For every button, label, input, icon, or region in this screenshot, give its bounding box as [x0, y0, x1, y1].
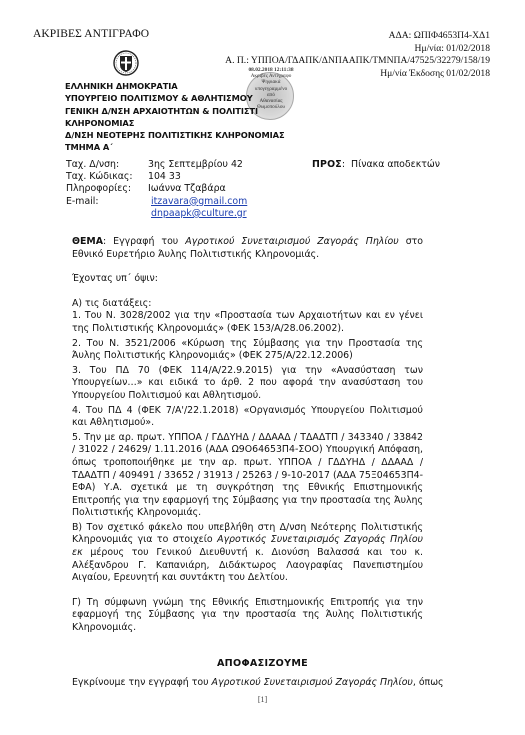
decision-text-end: , όπως [413, 677, 444, 688]
recipient: ΠΡΟΣ: Πίνακα αποδεκτών [312, 159, 440, 170]
provision-item: 5. Την με αρ. πρωτ. ΥΠΠΟΑ / ΓΔΔΥΗΔ / ΔΔΑ… [72, 432, 423, 520]
provision-item: 1. Του Ν. 3028/2002 για την «Προστασία τ… [72, 310, 423, 335]
postal-code-label: Ταχ. Κώδικας: [66, 171, 148, 183]
recipient-value: Πίνακα αποδεκτών [351, 159, 440, 170]
org-line: ΚΛΗΡΟΝΟΜΙΑΣ [65, 117, 285, 129]
email-link-itzavara[interactable]: itzavara@gmail.com [148, 196, 247, 208]
ada-number: ΑΔΑ: ΩΠΙΦ4653Π4-ΧΔ1 [225, 30, 490, 43]
org-line: ΕΛΛΗΝΙΚΗ ΔΗΜΟΚΡΑΤΙΑ [65, 80, 285, 92]
org-line: ΥΠΟΥΡΓΕΙΟ ΠΟΛΙΤΙΣΜΟΥ & ΑΘΛΗΤΙΣΜΟΥ [65, 92, 285, 104]
section-c: Γ) Τη σύμφωνη γνώμη της Εθνικής Επιστημο… [72, 597, 423, 635]
subject: ΘΕΜΑ: Εγγραφή του Αγροτικού Συνεταιρισμο… [72, 236, 423, 261]
protocol-number: Α. Π.: ΥΠΠΟΑ/ΓΔΑΠΚ/ΔΝΠΑΑΠΚ/ΤΜΝΠΑ/47525/3… [225, 55, 490, 68]
org-line: ΓΕΝΙΚΗ Δ/ΝΣΗ ΑΡΧΑΙΟΤΗΤΩΝ & ΠΟΛΙΤΙΣΤΙ [65, 105, 285, 117]
address-label: Ταχ. Δ/νση: [66, 159, 148, 171]
contact-details: Ταχ. Δ/νση: 3ης Σεπτεμβρίου 42 Ταχ. Κώδι… [66, 159, 247, 220]
decision-text-start: Εγκρίνουμε την εγγραφή του [72, 677, 209, 688]
section-a-heading: Α) τις διατάξεις: [72, 298, 423, 311]
section-b-text-end: μέρους του Γενικού Διευθυντή κ. Διονύση … [72, 547, 423, 583]
recipient-label: ΠΡΟΣ [312, 159, 342, 170]
provision-item: 2. Του Ν. 3521/2006 «Κύρωση της Σύμβασης… [72, 338, 423, 363]
section-b: Β) Τον σχετικό φάκελο που υπεβλήθη στη Δ… [72, 522, 423, 585]
org-line: Δ/ΝΣΗ ΝΕΟΤΕΡΗΣ ΠΟΛΙΤΙΣΤΙΚΗΣ ΚΛΗΡΟΝΟΜΙΑΣ [65, 129, 285, 141]
provision-item: 4. Του ΠΔ 4 (ΦΕΚ 7/Α'/22.1.2018) «Οργανι… [72, 405, 423, 430]
having-in-view: Έχοντας υπ΄ όψιν: [72, 273, 423, 286]
postal-code-value: 104 33 [148, 171, 181, 183]
greek-emblem-icon [113, 50, 139, 76]
decision-entity: Αγροτικού Συνεταιρισμού Ζαγοράς Πηλίου [212, 677, 413, 688]
document-body: ΘΕΜΑ: Εγγραφή του Αγροτικού Συνεταιρισμο… [72, 236, 423, 635]
org-line: ΤΜΗΜΑ Α΄ [65, 141, 285, 153]
decision-heading: ΑΠΟΦΑΣΙΖΟΥΜΕ [0, 658, 525, 669]
document-date: Ημ/νία: 01/02/2018 [225, 43, 490, 56]
provision-item: 3. Του ΠΔ 70 (ΦΕΚ 114/Α/22.9.2015) για τ… [72, 365, 423, 403]
issuing-authority: ΕΛΛΗΝΙΚΗ ΔΗΜΟΚΡΑΤΙΑ ΥΠΟΥΡΓΕΙΟ ΠΟΛΙΤΙΣΜΟΥ… [65, 80, 285, 154]
exact-copy-label: ΑΚΡΙΒΕΣ ΑΝΤΙΓΡΑΦΟ [33, 28, 149, 40]
decision-text: Εγκρίνουμε την εγγραφή του Αγροτικού Συν… [72, 677, 423, 688]
email-label: E-mail: [66, 196, 148, 208]
subject-label: ΘΕΜΑ [72, 236, 103, 247]
email-link-dnpaapk[interactable]: dnpaapk@culture.gr [148, 208, 247, 220]
page-number: [1] [0, 695, 525, 704]
info-label: Πληροφορίες: [66, 183, 148, 195]
subject-entity: Αγροτικού Συνεταιρισμού Ζαγοράς Πηλίου [185, 236, 398, 247]
subject-text: Εγγραφή του [113, 236, 178, 247]
address-value: 3ης Σεπτεμβρίου 42 [148, 159, 243, 171]
info-value: Ιωάννα Τζαβάρα [148, 183, 226, 195]
